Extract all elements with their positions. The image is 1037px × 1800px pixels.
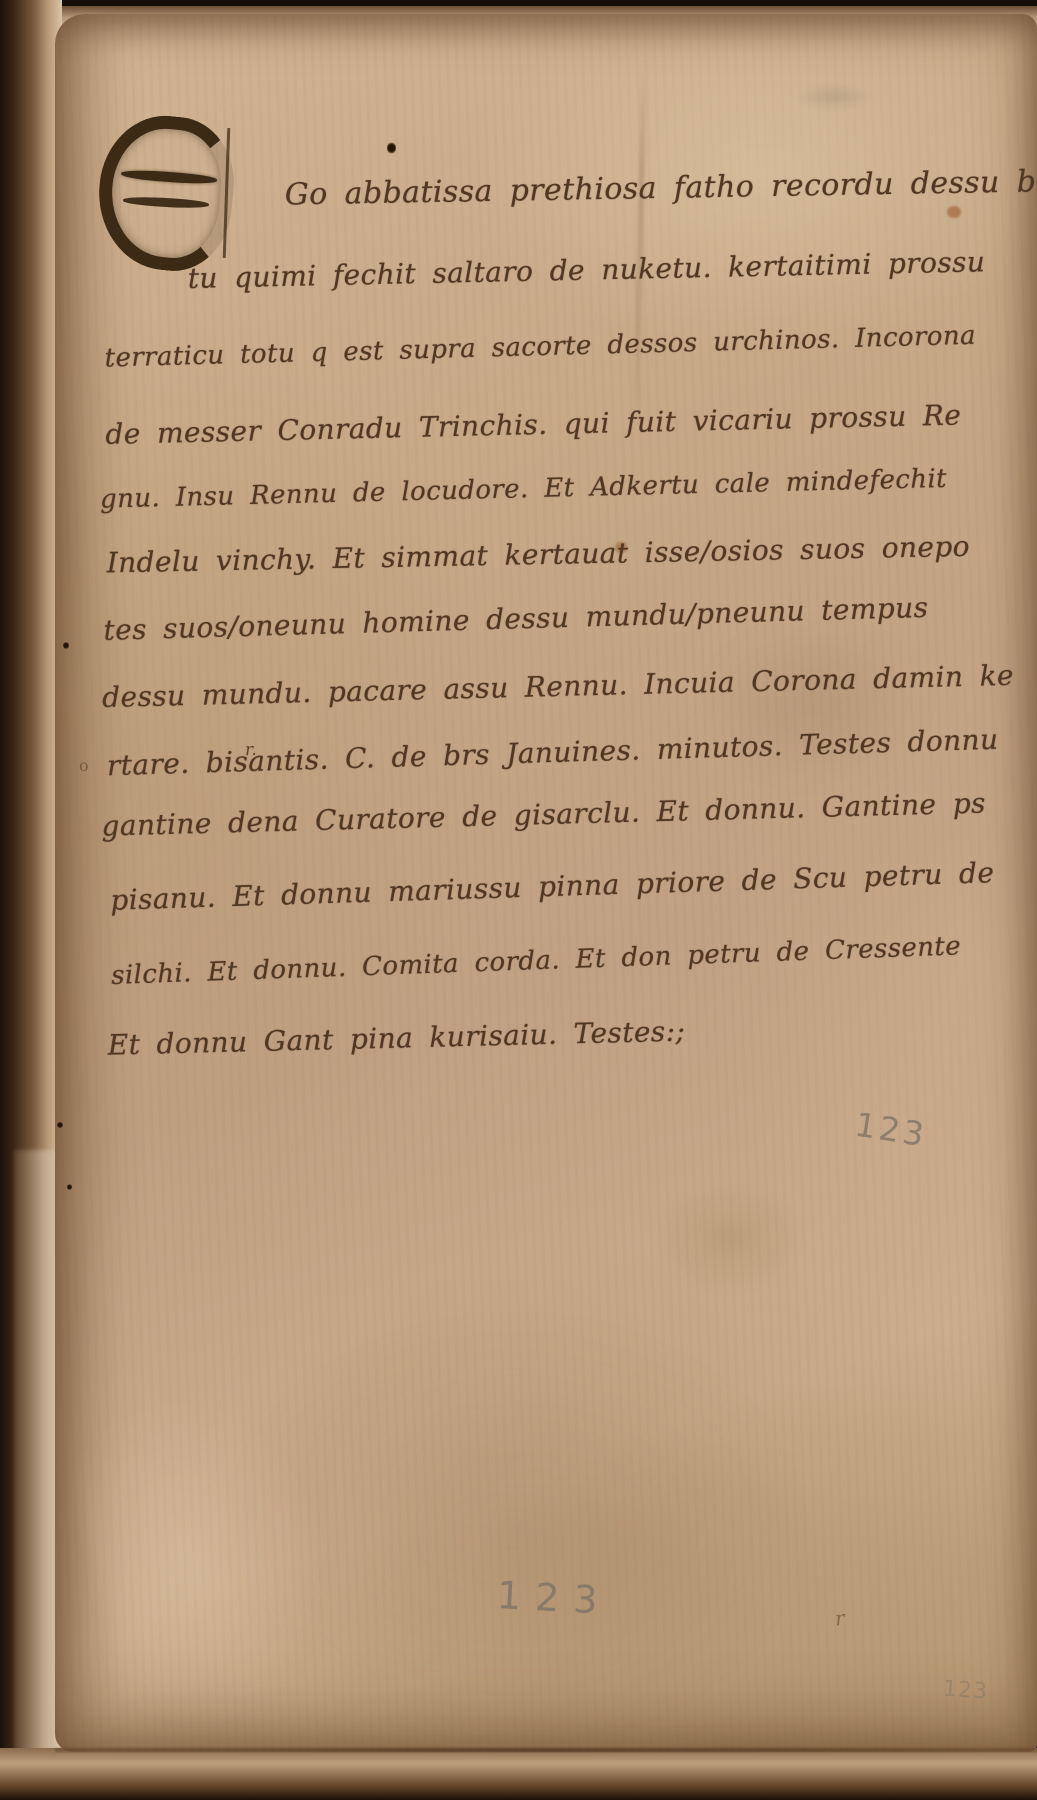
text-line: gantine dena Curatore de gisarclu. Et do… (101, 786, 986, 842)
text-line: de messer Conradu Trinchis. qui fuit vic… (105, 398, 962, 450)
parchment-page: E Go abbatissa prethiosa fatho recordu d… (55, 14, 1037, 1752)
initial-letter-stroke (91, 109, 240, 276)
text-line: tes suos/oneunu homine dessu mundu/pneun… (103, 591, 929, 647)
text-line: Et donnu Gant pina kurisaiu. Testes:; (107, 1015, 685, 1062)
wormhole (67, 1184, 72, 1190)
water-stain (655, 1184, 805, 1294)
folio-number-mid: 123 (852, 1105, 929, 1155)
text-line: rtare. bisantis. C. de brs Januines. min… (106, 723, 998, 782)
margin-mark: o (79, 756, 89, 775)
text-line: Go abbatissa prethiosa fatho recordu des… (285, 164, 1037, 213)
text-line: gnu. Insu Rennu de locudore. Et Adkertu … (100, 464, 948, 515)
text-line: terraticu totu q est supra sacorte desso… (104, 321, 976, 374)
wormhole (63, 642, 69, 649)
surface-shadow (695, 614, 935, 794)
text-line: tu quimi fechit saltaro de nuketu. kerta… (187, 245, 985, 295)
manuscript-photo: E Go abbatissa prethiosa fatho recordu d… (0, 0, 1037, 1800)
rust-stain (947, 206, 961, 218)
pencil-smudge (797, 84, 871, 110)
text-line: pisanu. Et donnu mariussu pinna priore d… (110, 856, 995, 917)
interlinear-correction: r. (245, 740, 257, 760)
page-bottom-edge (55, 1748, 1037, 1752)
folio-number-bottom: 123 (496, 1573, 613, 1623)
ink-margin-mark: r (834, 1606, 846, 1631)
wormhole (387, 142, 396, 154)
initial-letter-E: E (93, 110, 253, 270)
text-line: silchi. Et donnu. Comita corda. Et don p… (111, 931, 962, 991)
text-line: dessu mundu. pacare assu Rennu. Incuia C… (102, 659, 1015, 714)
wormhole (57, 1122, 63, 1128)
folio-number-corner: 123 (942, 1676, 989, 1704)
parchment-fold-highlight (63, 1374, 357, 1745)
underlying-page-edge-bottom (0, 1748, 1037, 1800)
parchment-crease (634, 60, 646, 440)
text-line: Indelu vinchy. Et simmat kertauat isse/o… (106, 530, 970, 580)
